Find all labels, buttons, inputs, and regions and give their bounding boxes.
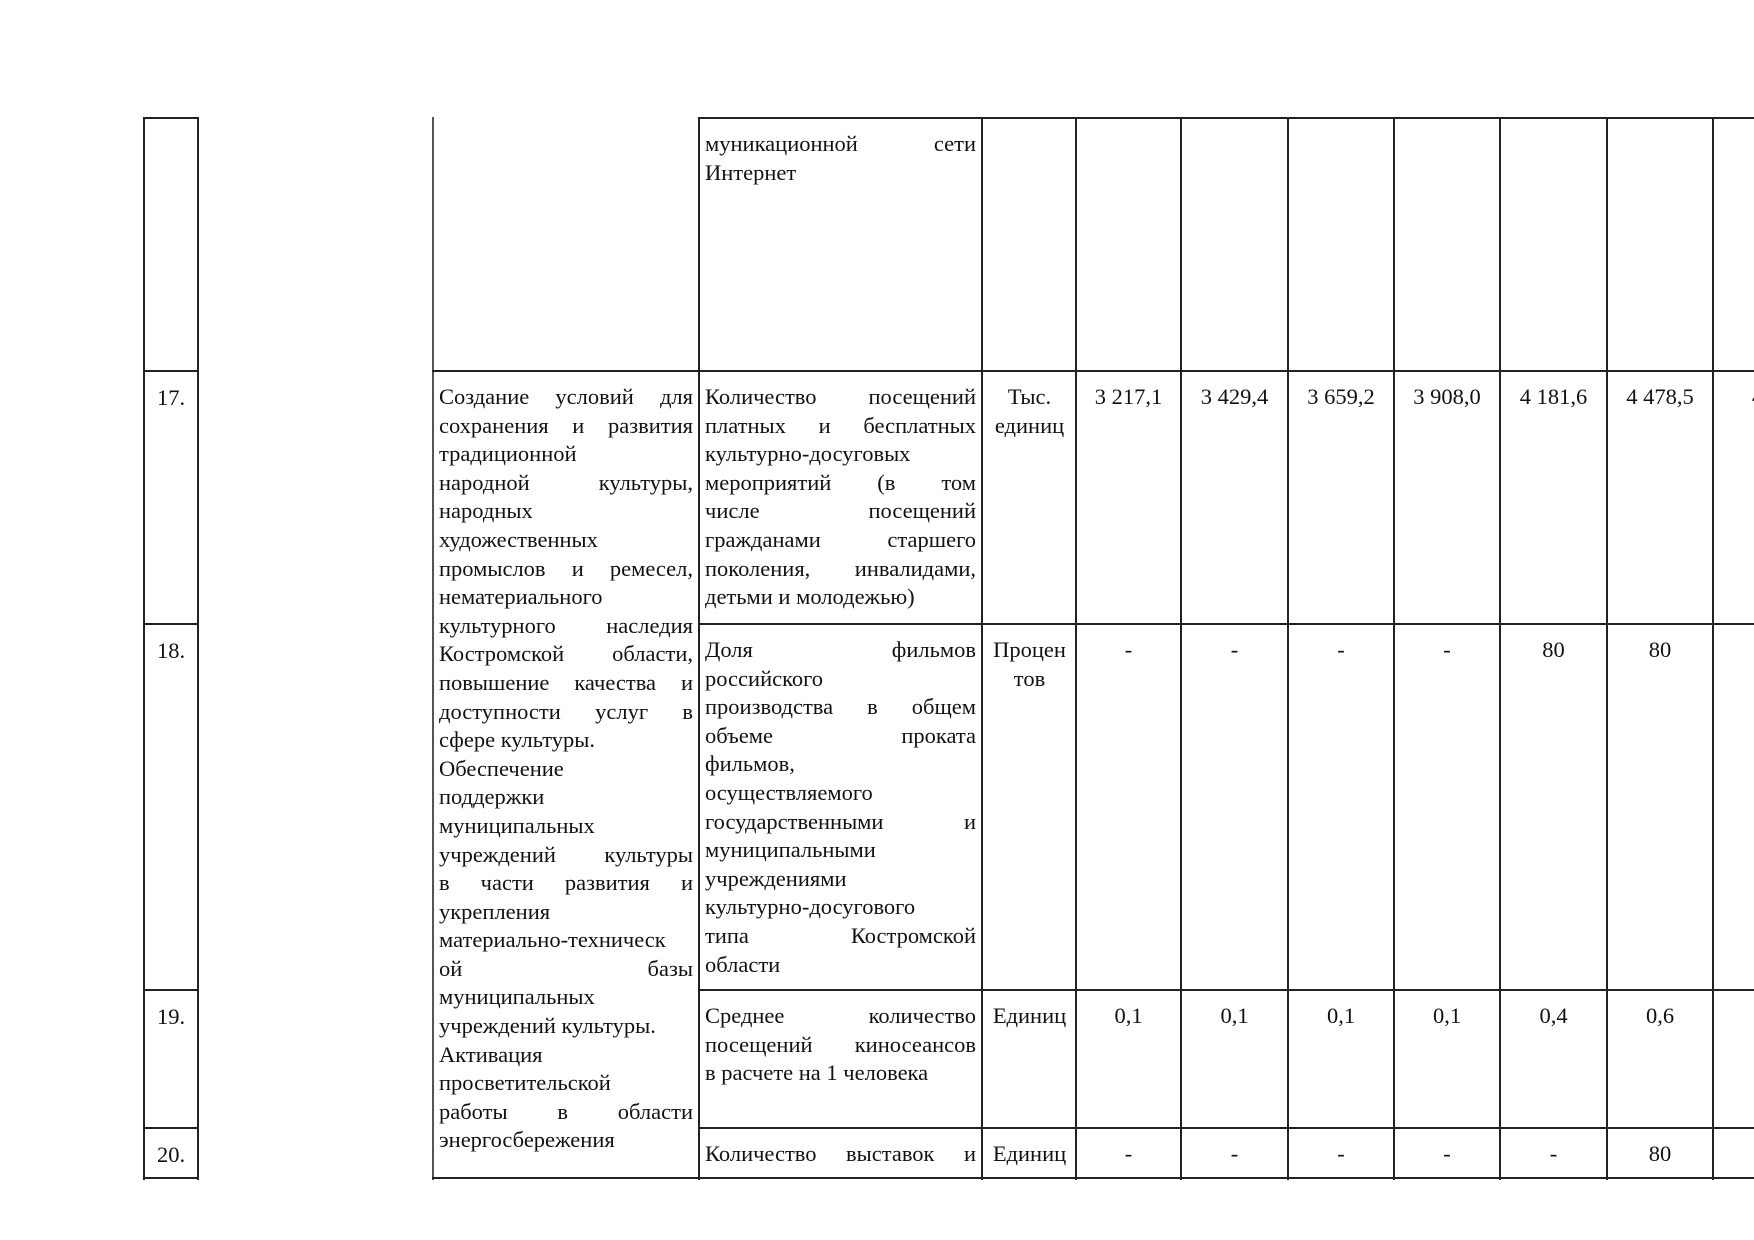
goal-line: муниципальных (439, 812, 693, 841)
indicator-line: Количество посещений (705, 383, 976, 412)
goal-line: учреждений культуры (439, 841, 693, 870)
goal-line: повышение качества и (439, 669, 693, 698)
table-border (698, 117, 700, 1180)
unit-cell: Единиц (983, 1140, 1076, 1169)
indicator-line: в расчете на 1 человека (705, 1059, 976, 1088)
indicator-line: Среднее количество (705, 1002, 976, 1031)
goal-line: Создание условий для (439, 383, 693, 412)
indicator-line: государственными и (705, 808, 976, 837)
goal-line: работы в области (439, 1098, 693, 1127)
continued-indicator-cell: муникационной сети Интернет (705, 130, 976, 187)
indicator-line: объеме проката (705, 722, 976, 751)
indicator-cell: Количество посещенийплатных и бесплатных… (705, 383, 976, 612)
value-cell: 3 908,0 (1395, 383, 1499, 412)
table-border (197, 117, 199, 1180)
goal-line: в части развития и (439, 869, 693, 898)
indicator-line: осуществляемого (705, 779, 976, 808)
goal-line: народной культуры, (439, 469, 693, 498)
indicator-cell: Количество выставок и (705, 1140, 976, 1169)
value-cell: 0,1 (1077, 1002, 1180, 1031)
indicator-line: детьми и молодежью) (705, 583, 976, 612)
table-border (432, 370, 1754, 372)
row-number: 19. (145, 1003, 197, 1032)
goal-line: доступности услуг в (439, 698, 693, 727)
value-cell: 4 478,5 (1608, 383, 1712, 412)
unit-line: Тыс. (983, 383, 1076, 412)
unit-cell: Тыс.единиц (983, 383, 1076, 440)
goal-description-cell: Создание условий длясохранения и развити… (439, 383, 693, 1155)
table-border (432, 1177, 1754, 1179)
goal-line: материально-техническ (439, 926, 693, 955)
indicator-line: культурно-досугового (705, 893, 976, 922)
unit-line: Процен (983, 636, 1076, 665)
value-cell: 3 659,2 (1289, 383, 1393, 412)
indicator-cell: Среднее количествопосещений киносеансовв… (705, 1002, 976, 1088)
indicator-cell: Доля фильмовроссийскогопроизводства в об… (705, 636, 976, 979)
table-border (698, 117, 1754, 119)
indicator-line: Интернет (705, 159, 976, 188)
goal-line: сохранения и развития (439, 412, 693, 441)
goal-line: ой базы (439, 955, 693, 984)
goal-line: культурного наследия (439, 612, 693, 641)
value-cell: - (1182, 636, 1287, 665)
indicator-line: учреждениями (705, 865, 976, 894)
indicator-line: Доля фильмов (705, 636, 976, 665)
indicator-line: поколения, инвалидами, (705, 555, 976, 584)
table-border (143, 1177, 199, 1179)
table-border (698, 1127, 1754, 1129)
indicator-line: Количество выставок и (705, 1140, 976, 1169)
indicator-line: числе посещений (705, 497, 976, 526)
goal-line: муниципальных (439, 983, 693, 1012)
value-cell: 3 217,1 (1077, 383, 1180, 412)
value-cell: 1 (1714, 1140, 1754, 1169)
value-cell: 80 (1608, 1140, 1712, 1169)
goal-line: традиционной (439, 440, 693, 469)
table-border (143, 117, 199, 119)
goal-line: Активация (439, 1041, 693, 1070)
table-border (143, 370, 199, 372)
table-border (143, 623, 199, 625)
unit-cell: Единиц (983, 1002, 1076, 1031)
value-cell: 4 8 (1714, 383, 1754, 412)
goal-line: поддержки (439, 783, 693, 812)
table-border (698, 989, 1754, 991)
table-border (698, 623, 1754, 625)
value-cell: - (1501, 1140, 1606, 1169)
value-cell: 80 (1608, 636, 1712, 665)
table-border (143, 989, 199, 991)
indicator-line: культурно-досуговых (705, 440, 976, 469)
indicator-line: типа Костромской (705, 922, 976, 951)
value-cell: 0,1 (1289, 1002, 1393, 1031)
table-border (1712, 117, 1714, 1180)
value-cell: 0,6 (1608, 1002, 1712, 1031)
indicator-line: фильмов, (705, 750, 976, 779)
value-cell: 4 181,6 (1501, 383, 1606, 412)
value-cell: 0,1 (1395, 1002, 1499, 1031)
goal-line: Обеспечение (439, 755, 693, 784)
value-cell: - (1077, 1140, 1180, 1169)
value-cell: 0,1 (1182, 1002, 1287, 1031)
table-border (143, 1127, 199, 1129)
indicator-line: мероприятий (в том (705, 469, 976, 498)
value-cell: - (1289, 1140, 1393, 1169)
indicator-line: муниципальными (705, 836, 976, 865)
goal-line: народных (439, 497, 693, 526)
goal-line: энергосбережения (439, 1126, 693, 1155)
value-cell: 3 429,4 (1182, 383, 1287, 412)
row-number: 20. (145, 1141, 197, 1170)
indicator-line: гражданами старшего (705, 526, 976, 555)
goal-line: укрепления (439, 898, 693, 927)
value-cell: - (1182, 1140, 1287, 1169)
indicator-line: области (705, 951, 976, 980)
indicator-line: производства в общем (705, 693, 976, 722)
indicator-line: посещений киносеансов (705, 1031, 976, 1060)
unit-line: единиц (983, 412, 1076, 441)
unit-line: тов (983, 665, 1076, 694)
unit-line: Единиц (983, 1140, 1076, 1169)
goal-line: промыслов и ремесел, (439, 555, 693, 584)
goal-line: художественных (439, 526, 693, 555)
table-border (432, 117, 434, 1180)
goal-line: учреждений культуры. (439, 1012, 693, 1041)
value-cell: - (1077, 636, 1180, 665)
indicator-line: муникационной сети (705, 130, 976, 159)
indicator-line: платных и бесплатных (705, 412, 976, 441)
unit-cell: Процентов (983, 636, 1076, 693)
goal-line: просветительской (439, 1069, 693, 1098)
goal-line: сфере культуры. (439, 726, 693, 755)
indicator-line: российского (705, 665, 976, 694)
value-cell: - (1395, 636, 1499, 665)
value-cell: - (1289, 636, 1393, 665)
value-cell: - (1395, 1140, 1499, 1169)
goal-line: Костромской области, (439, 640, 693, 669)
row-number: 17. (145, 384, 197, 413)
value-cell: 80 (1501, 636, 1606, 665)
goal-line: нематериального (439, 583, 693, 612)
unit-line: Единиц (983, 1002, 1076, 1031)
row-number: 18. (145, 637, 197, 666)
value-cell: 0,4 (1501, 1002, 1606, 1031)
